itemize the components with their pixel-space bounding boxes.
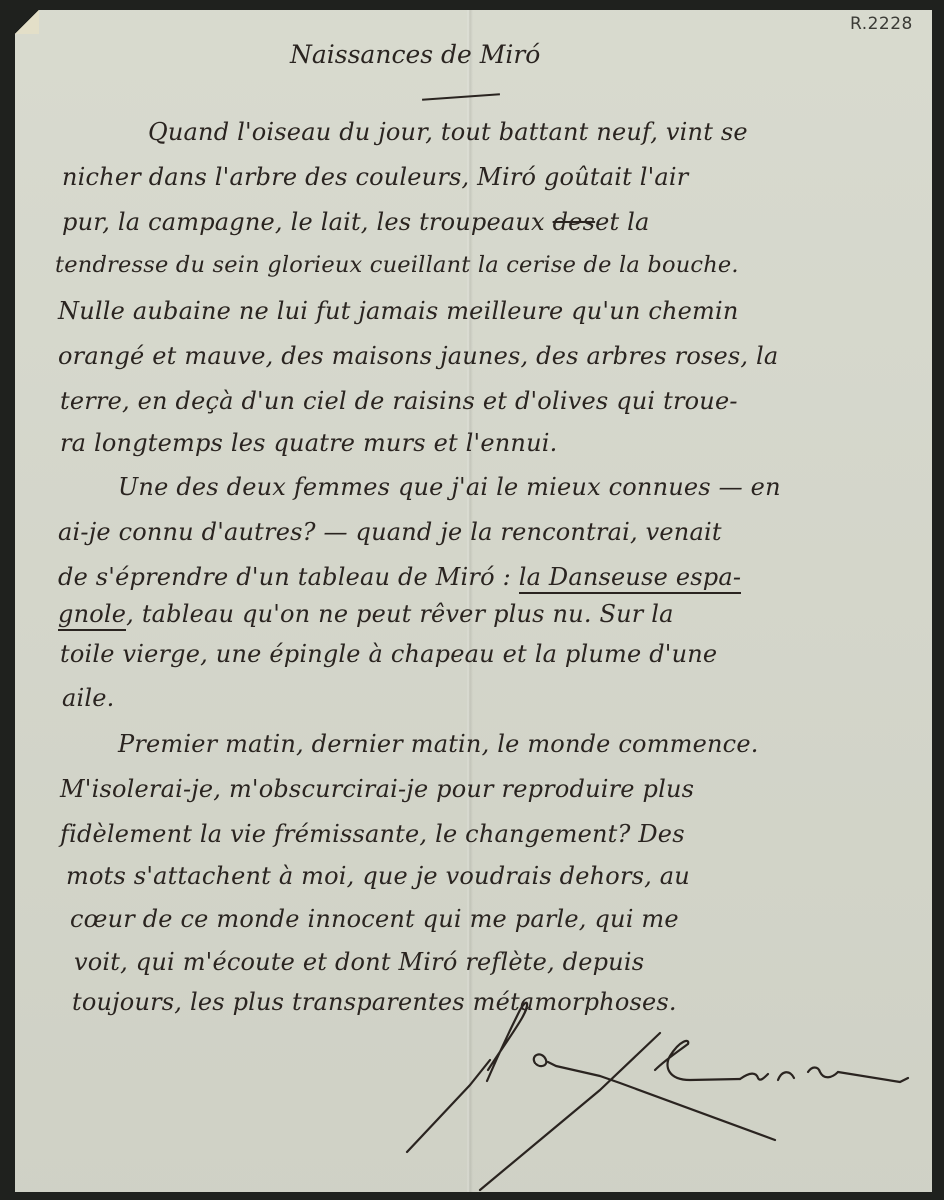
text-line-with-underline: de s'éprendre d'un tableau de Miró : la … [58, 563, 741, 591]
archive-reference: R.2228 [850, 14, 913, 34]
text-line: nicher dans l'arbre des couleurs, Miró g… [62, 163, 688, 191]
text-line: Nulle aubaine ne lui fut jamais meilleur… [58, 297, 739, 325]
text-line: tendresse du sein glorieux cueillant la … [55, 252, 739, 278]
text-line: ra longtemps les quatre murs et l'ennui. [60, 429, 557, 457]
text-line: terre, en deçà d'un ciel de raisins et d… [60, 387, 738, 415]
text-segment: pur, la campagne, le lait, les troupeaux [62, 208, 553, 236]
text-line: voit, qui m'écoute et dont Miró reflète,… [74, 948, 644, 976]
artwork-title-underlined: gnole [58, 600, 126, 631]
text-segment: de s'éprendre d'un tableau de Miró : [58, 563, 519, 591]
text-line-with-underline: gnole, tableau qu'on ne peut rêver plus … [58, 600, 674, 628]
text-line: Quand l'oiseau du jour, tout battant neu… [148, 118, 748, 146]
text-line: cœur de ce monde innocent qui me parle, … [70, 905, 679, 933]
artwork-title-underlined: la Danseuse espa- [519, 563, 741, 594]
text-line-with-strikethrough: pur, la campagne, le lait, les troupeaux… [62, 208, 650, 236]
text-line: orangé et mauve, des maisons jaunes, des… [58, 342, 778, 370]
poem-title: Naissances de Miró [290, 40, 540, 69]
text-line: aile. [62, 684, 115, 712]
text-line: Premier matin, dernier matin, le monde c… [118, 730, 759, 758]
text-line: ai-je connu d'autres? — quand je la renc… [58, 518, 722, 546]
text-line: fidèlement la vie frémissante, le change… [60, 820, 685, 848]
struck-word: des [553, 208, 595, 236]
text-line: toujours, les plus transparentes métamor… [72, 988, 677, 1016]
text-line: Une des deux femmes que j'ai le mieux co… [118, 473, 781, 501]
text-segment: et la [595, 208, 649, 236]
text-line: toile vierge, une épingle à chapeau et l… [60, 640, 717, 668]
folded-corner [15, 10, 39, 34]
text-line: mots s'attachent à moi, que je voudrais … [66, 862, 690, 890]
text-line: M'isolerai-je, m'obscurcirai-je pour rep… [60, 775, 694, 803]
text-segment: , tableau qu'on ne peut rêver plus nu. S… [126, 600, 674, 628]
